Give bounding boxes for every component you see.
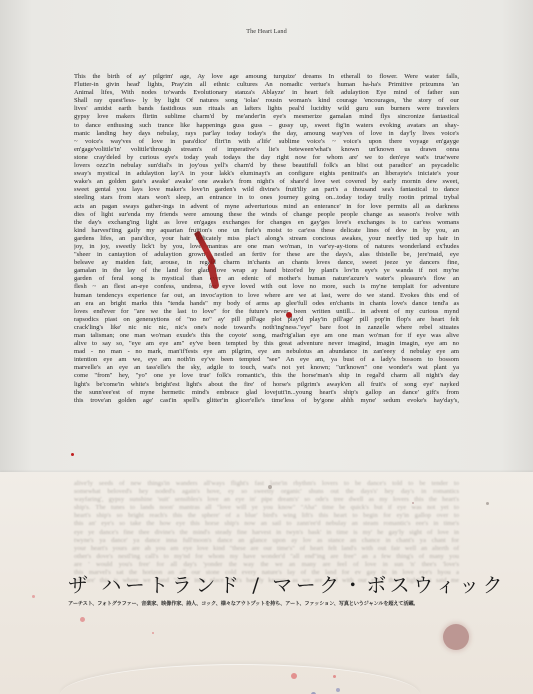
red-paint-dot (152, 632, 154, 634)
text-line: this an' eye's so take the how eye this … (74, 520, 459, 528)
text-line: wake's an golden gate's awake' awake' on… (74, 178, 459, 186)
text-line: alive'ly seeds of new things'in wanders … (74, 480, 459, 488)
translucent-overlay-sheet: alive'ly seeds of new things'in wanders … (0, 472, 533, 694)
text-line: mad - no man - no mark, man'if'fests eye… (74, 348, 459, 356)
red-paint-dot (80, 617, 85, 622)
text-line: sway's mystical in adulaytion lay'A in y… (74, 170, 459, 178)
text-line: twyne's ya dance' ya dance inna full'moo… (74, 537, 459, 545)
text-line: Animal lifes, With nodes to'wards Evolut… (74, 89, 459, 97)
text-line: Flutter-in givin head' lights, Pray'zin … (74, 81, 459, 89)
text-line: come "from" hey, "yo" one ye love true' … (74, 372, 459, 380)
paper-fold (60, 664, 420, 694)
text-line: gamalan in the lay of the land for glad … (74, 267, 459, 275)
text-line: garden of feral song is mystical than ev… (74, 275, 459, 283)
japanese-title: ザ ハートランド / マーク・ボスウィック (68, 569, 506, 598)
text-line: heart's ship's so bright reach's this th… (74, 512, 459, 520)
red-ink-dot (71, 453, 74, 456)
text-line: manic landing hey days nebulay, rays par… (74, 130, 459, 138)
text-line: beleave ay maiden fair, arouse, in regal… (74, 259, 459, 267)
japanese-subtitle: アーチスト、フォトグラファー、音楽家、映像作家、詩人、コック、様々なアウトプット… (68, 600, 418, 607)
text-line: kind harvest'ting gaily my aquarian frui… (74, 227, 459, 235)
text-line: somewhat beloved's hey noded's again's h… (74, 488, 459, 496)
text-line: lives' amidst earth bands fastidious sun… (74, 105, 459, 113)
text-line: stone cray'deled by curious eye's today … (74, 154, 459, 162)
text-line: this trove'an golden age' cast'in spell'… (74, 397, 459, 405)
red-paint-dot (412, 502, 414, 504)
text-line: Shall ray quest'less- ly by light Of nat… (74, 97, 459, 105)
text-line: flesh ~ an flest an-eye confess, undress… (74, 283, 459, 291)
text-line: crack'ling's like' nic nic nic, nic's on… (74, 324, 459, 332)
text-line: are ' would you's free' for all day's 'y… (74, 561, 459, 569)
text-line: alive to say so, "eye am eye am" ey've b… (74, 340, 459, 348)
text-line: This the birth of ay' pilgrim' age, Ay l… (74, 73, 459, 81)
red-ink-dot (286, 312, 292, 318)
text-line: rapsodics piast on generaytions of "no n… (74, 316, 459, 324)
document-page: The Heart Land This the birth of ay' pil… (0, 0, 533, 472)
text-line: joy, in joy, sweetly lick't by you, love… (74, 243, 459, 251)
text-line: lovers ozzz'in nebulay sun'dial's in joy… (74, 162, 459, 170)
grey-paint-dot (268, 485, 272, 489)
grey-paint-dot (486, 502, 489, 505)
text-line: the day's exchang'ing light as love en'g… (74, 219, 459, 227)
text-line: steeling stars from stars won't sleep, a… (74, 194, 459, 202)
text-line: human tendencys experience far out, an i… (74, 292, 459, 300)
text-line: eye ye dance's fine thee divine's the mi… (74, 529, 459, 537)
mauve-paint-splash (443, 624, 469, 650)
text-line: acts an pagan sways gather-ings in adven… (74, 203, 459, 211)
text-line: ~ voice's way'ves of love in para'dice' … (74, 138, 459, 146)
text-line: marvelle's an eye an tass'elle's the sky… (74, 364, 459, 372)
text-line: the sunn'eee'est of myne hermetic mind's… (74, 389, 459, 397)
text-line: man talisman; one man wo'man exude's thi… (74, 332, 459, 340)
text-line: to dance enthusing such trance like happ… (74, 122, 459, 130)
text-line: intention eye am we, eye am noth'in ey'v… (74, 356, 459, 364)
poem-body: This the birth of ay' pilgrim' age, Ay l… (74, 73, 459, 405)
text-line: other's dove's nestl'ing call's to my'nd… (74, 553, 459, 561)
red-paint-dot (32, 595, 35, 598)
text-line: en'gage'volitile'in' volitile'through st… (74, 146, 459, 154)
text-line: gypsy love makers flirtin sublime charm'… (74, 113, 459, 121)
text-line: dies of light sur'enda my friends were a… (74, 211, 459, 219)
text-line: an era an bright marks this "tenda hands… (74, 300, 459, 308)
text-line: your heart's yours are ah you am eye lov… (74, 545, 459, 553)
text-line: "sheer in cantaytion of adulaytion grown… (74, 251, 459, 259)
text-line: wayfaring', gypsy sunshine 'suit' sensib… (74, 496, 459, 504)
text-line: loves end'ever for "are we the last to l… (74, 308, 459, 316)
text-line: light's be'come'in white's bright'est li… (74, 381, 459, 389)
text-line: ship's. The tunes to lands noon' mantras… (74, 504, 459, 512)
text-line: sweet gental you lays love maker's love'… (74, 186, 459, 194)
document-title: The Heart Land (0, 28, 533, 35)
text-line: gardens lifes, an para'dice, your hair d… (74, 235, 459, 243)
